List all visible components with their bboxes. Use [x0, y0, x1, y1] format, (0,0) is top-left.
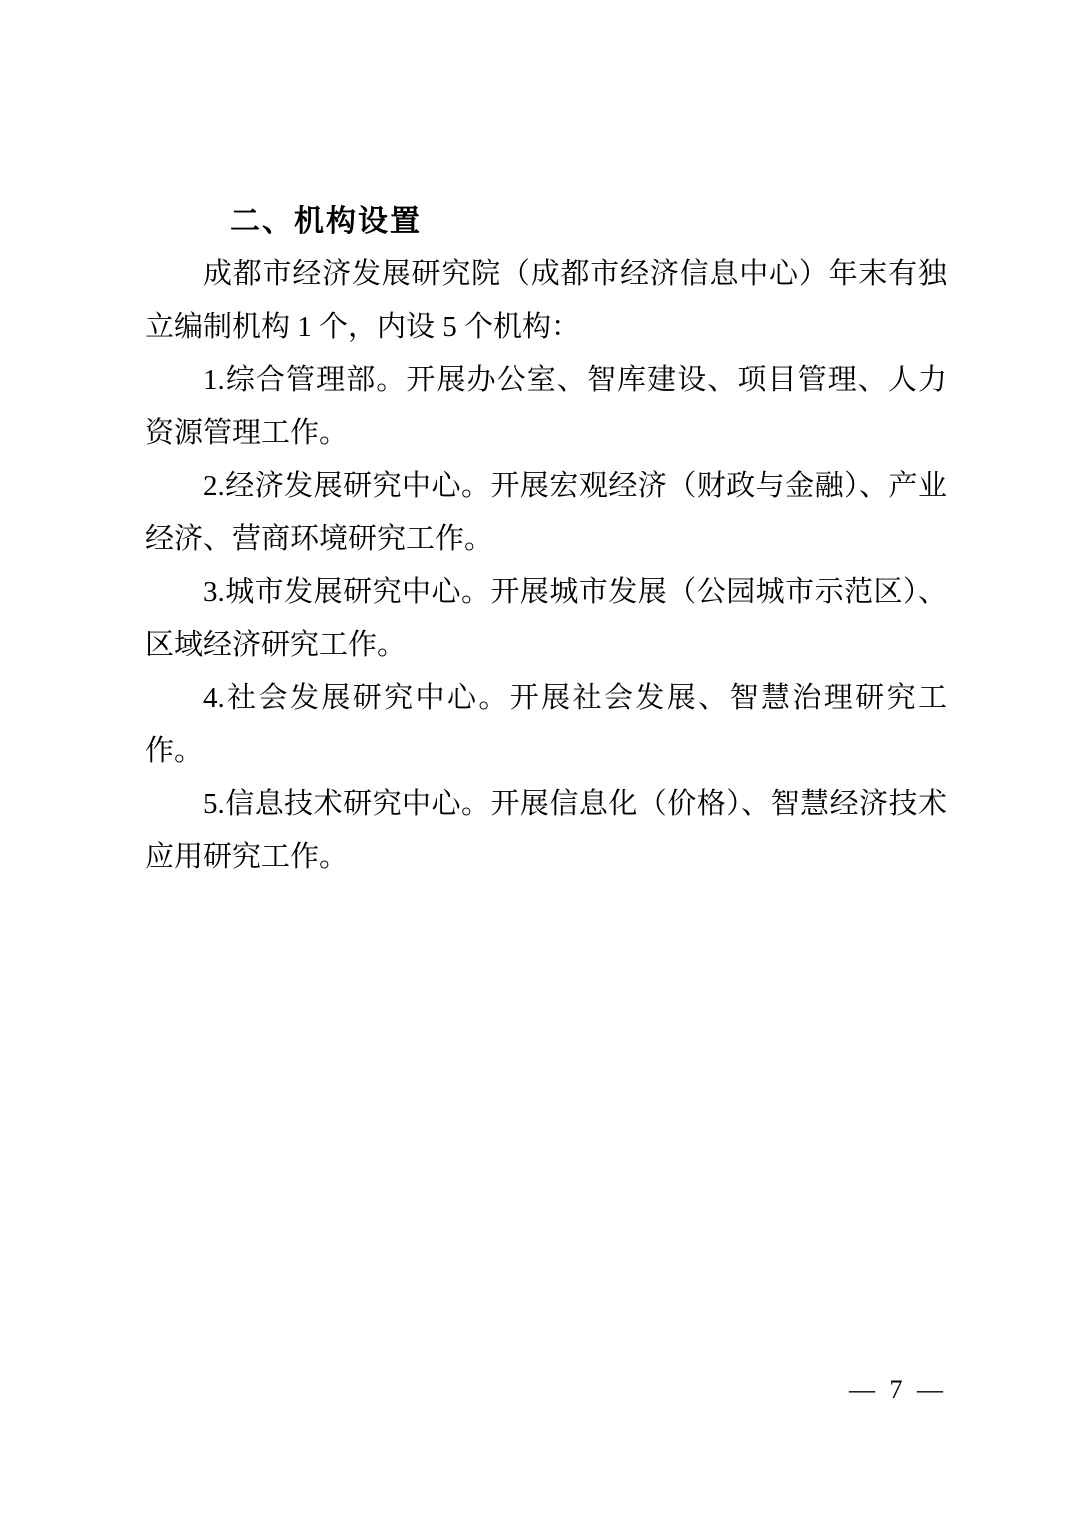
- paragraph-item-5: 5.信息技术研究中心。开展信息化（价格）、智慧经济技术应用研究工作。: [145, 778, 947, 884]
- paragraph-intro: 成都市经济发展研究院（成都市经济信息中心）年末有独立编制机构 1 个，内设 5 …: [145, 248, 947, 354]
- page-footer: — 7 —: [849, 1375, 947, 1405]
- paragraph-item-4: 4.社会发展研究中心。开展社会发展、智慧治理研究工作。: [145, 672, 947, 778]
- page-number: — 7 —: [849, 1375, 947, 1404]
- section-heading: 二、机构设置: [145, 195, 947, 248]
- paragraph-item-1: 1.综合管理部。开展办公室、智库建设、项目管理、人力资源管理工作。: [145, 354, 947, 460]
- paragraph-item-2: 2.经济发展研究中心。开展宏观经济（财政与金融）、产业经济、营商环境研究工作。: [145, 460, 947, 566]
- document-page: 二、机构设置 成都市经济发展研究院（成都市经济信息中心）年末有独立编制机构 1 …: [0, 0, 1080, 1527]
- document-content: 二、机构设置 成都市经济发展研究院（成都市经济信息中心）年末有独立编制机构 1 …: [145, 195, 947, 884]
- paragraph-item-3: 3.城市发展研究中心。开展城市发展（公园城市示范区）、区域经济研究工作。: [145, 566, 947, 672]
